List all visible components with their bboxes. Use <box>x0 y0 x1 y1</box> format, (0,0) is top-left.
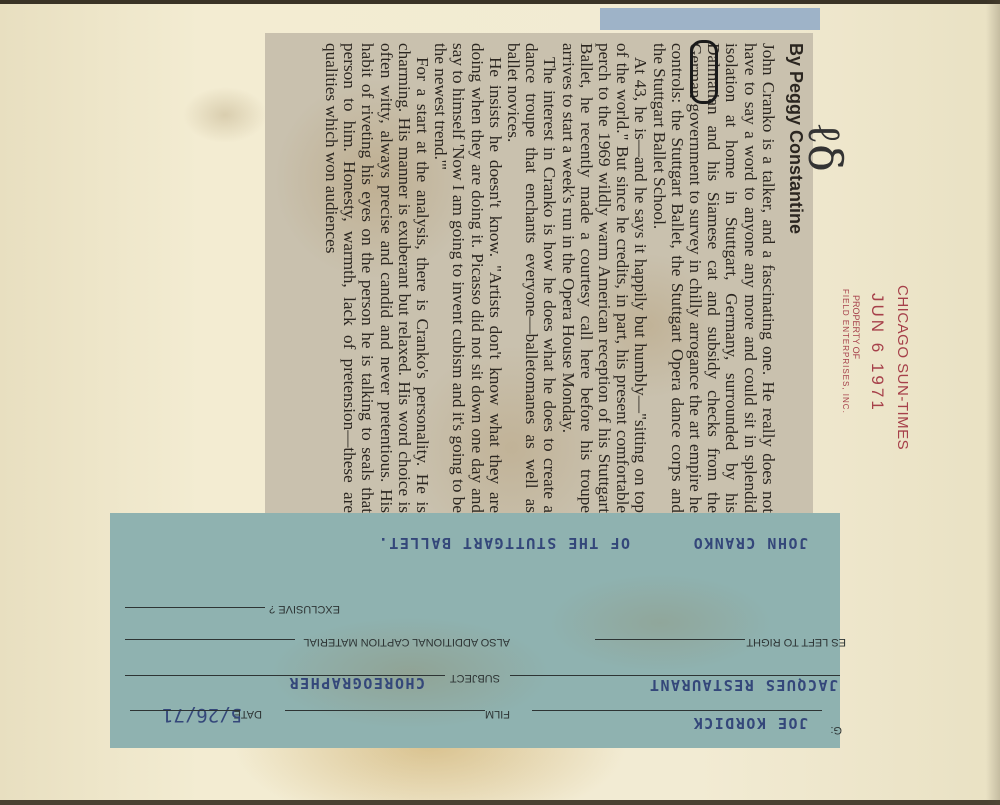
article-paragraph: John Cranko is a talker, and a fascinati… <box>649 43 776 513</box>
pen-scribble-icon: ℓδ <box>798 122 852 172</box>
film-label: FILM <box>485 708 510 720</box>
caption-line-2: OF THE STUTTGART BALLET. <box>377 534 630 552</box>
additional-caption-label: ALSO ADDITIONAL CAPTION MATERIAL <box>303 636 510 648</box>
photographer-name: JOE KORDICK <box>692 714 808 732</box>
article-paragraph: He insists he doesn't know. "Artists don… <box>431 43 504 513</box>
article-paragraph: For a start at the analysis, there is Cr… <box>322 43 431 513</box>
caption-line-1: JOHN CRANKO <box>692 534 808 552</box>
article-paragraph: At 43, he is—and he says it happily but … <box>558 43 649 513</box>
blue-tape-strip <box>600 8 820 30</box>
scan-right-shadow <box>986 0 1000 805</box>
caption-slip: G: JOE KORDICK FILM DATE 5/26/71 JACQUES… <box>110 513 840 748</box>
subject-value: CHOREOGRAPHER <box>288 674 425 692</box>
left-cut-label: G: <box>830 724 842 736</box>
article-paragraph: The interest in Cranko is how he does wh… <box>504 43 559 513</box>
date-stamp: CHICAGO SUN-TIMES JUN 6 1971 PROPERTY OF… <box>833 285 913 435</box>
subject-label: SUBJECT <box>450 672 500 684</box>
left-to-right-label: ES LEFT TO RIGHT <box>746 636 846 648</box>
scan-bottom-edge <box>0 800 1000 805</box>
clipping-text-rotated: By Peggy Constantine John Cranko is a ta… <box>265 33 813 521</box>
stamp-publication: CHICAGO SUN-TIMES <box>894 285 911 450</box>
newspaper-clipping: By Peggy Constantine John Cranko is a ta… <box>265 33 813 521</box>
location-value: JACQUES RESTAURANT <box>648 676 838 694</box>
date-value: 5/26/71 <box>162 704 242 726</box>
article-byline: By Peggy Constantine <box>787 43 805 513</box>
stamp-property-line: PROPERTY OF <box>851 295 861 359</box>
ink-circle-mark-icon <box>690 40 718 104</box>
exclusive-label: EXCLUSIVE ? <box>269 603 340 615</box>
stamp-owner-line: FIELD ENTERPRISES, INC. <box>841 289 850 414</box>
stamp-date: JUN 6 1971 <box>867 293 887 413</box>
scan-top-edge <box>0 0 1000 4</box>
